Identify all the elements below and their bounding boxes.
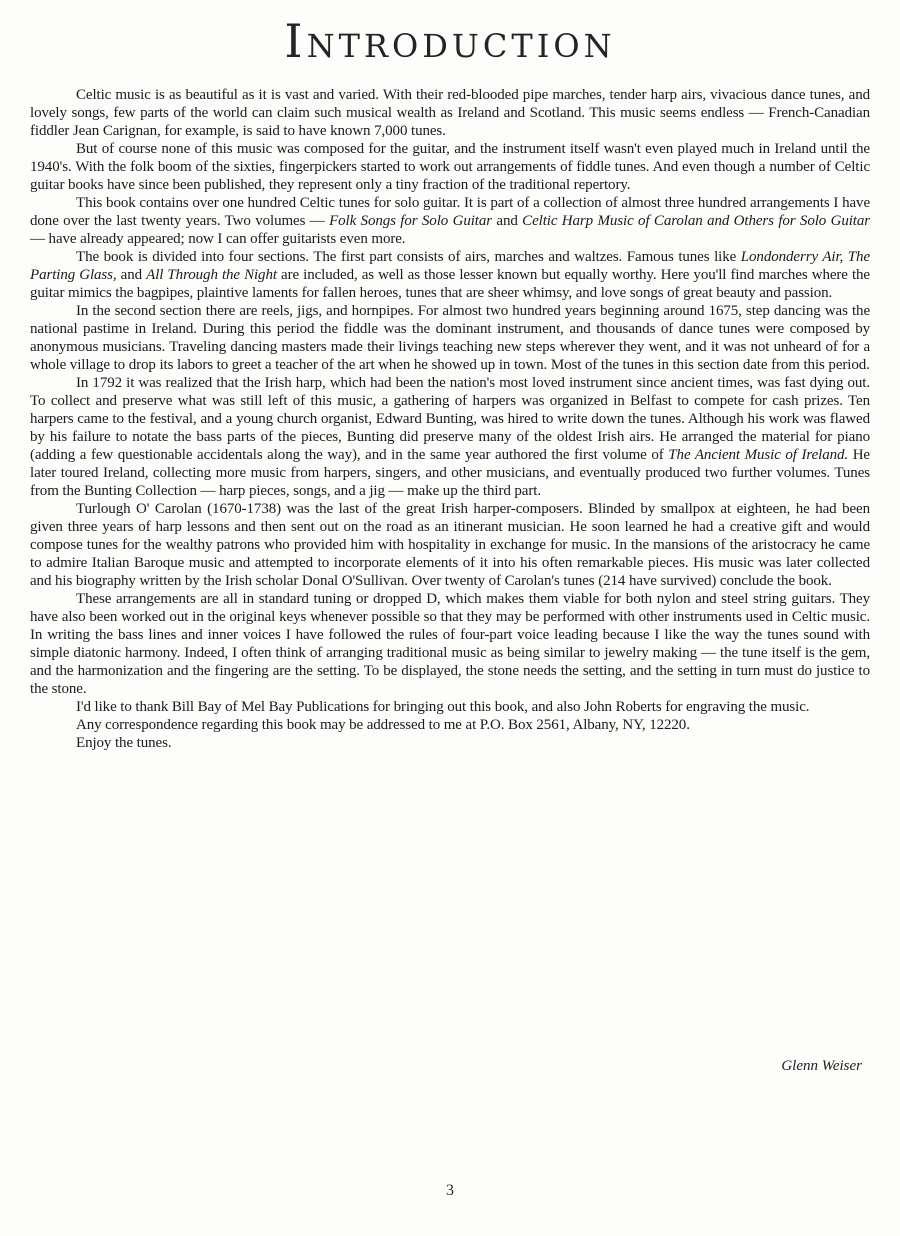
paragraph: In the second section there are reels, j…: [30, 302, 870, 374]
text-run: These arrangements are all in standard t…: [30, 591, 870, 697]
paragraph: The book is divided into four sections. …: [30, 248, 870, 302]
italic-text-run: The Ancient Music of Ireland.: [668, 447, 848, 463]
italic-text-run: All Through the Night: [146, 267, 277, 283]
italic-text-run: Folk Songs for Solo Guitar: [329, 213, 492, 229]
paragraph: I'd like to thank Bill Bay of Mel Bay Pu…: [30, 698, 870, 716]
page-number: 3: [0, 1182, 900, 1200]
text-run: Any correspondence regarding this book m…: [76, 717, 690, 733]
paragraph: Celtic music is as beautiful as it is va…: [30, 86, 870, 140]
text-run: Enjoy the tunes.: [76, 735, 171, 751]
text-run: and: [117, 267, 147, 283]
paragraph: Turlough O' Carolan (1670-1738) was the …: [30, 500, 870, 590]
paragraph: This book contains over one hundred Celt…: [30, 194, 870, 248]
book-page: Introduction Celtic music is as beautifu…: [0, 0, 900, 1236]
text-run: and: [492, 213, 522, 229]
text-run: I'd like to thank Bill Bay of Mel Bay Pu…: [76, 699, 809, 715]
italic-text-run: Celtic Harp Music of Carolan and Others …: [522, 213, 870, 229]
text-run: The book is divided into four sections. …: [76, 249, 741, 265]
text-run: Turlough O' Carolan (1670-1738) was the …: [30, 501, 870, 589]
body-paragraphs: Celtic music is as beautiful as it is va…: [30, 86, 870, 752]
paragraph: In 1792 it was realized that the Irish h…: [30, 374, 870, 500]
text-run: Celtic music is as beautiful as it is va…: [30, 87, 870, 139]
text-run: But of course none of this music was com…: [30, 141, 870, 193]
author-signature: Glenn Weiser: [781, 1058, 862, 1075]
page-title: Introduction: [0, 18, 900, 64]
paragraph: These arrangements are all in standard t…: [30, 590, 870, 698]
text-run: In the second section there are reels, j…: [30, 303, 870, 373]
paragraph: But of course none of this music was com…: [30, 140, 870, 194]
paragraph: Enjoy the tunes.: [30, 734, 870, 752]
paragraph: Any correspondence regarding this book m…: [30, 716, 870, 734]
text-run: — have already appeared; now I can offer…: [30, 231, 405, 247]
